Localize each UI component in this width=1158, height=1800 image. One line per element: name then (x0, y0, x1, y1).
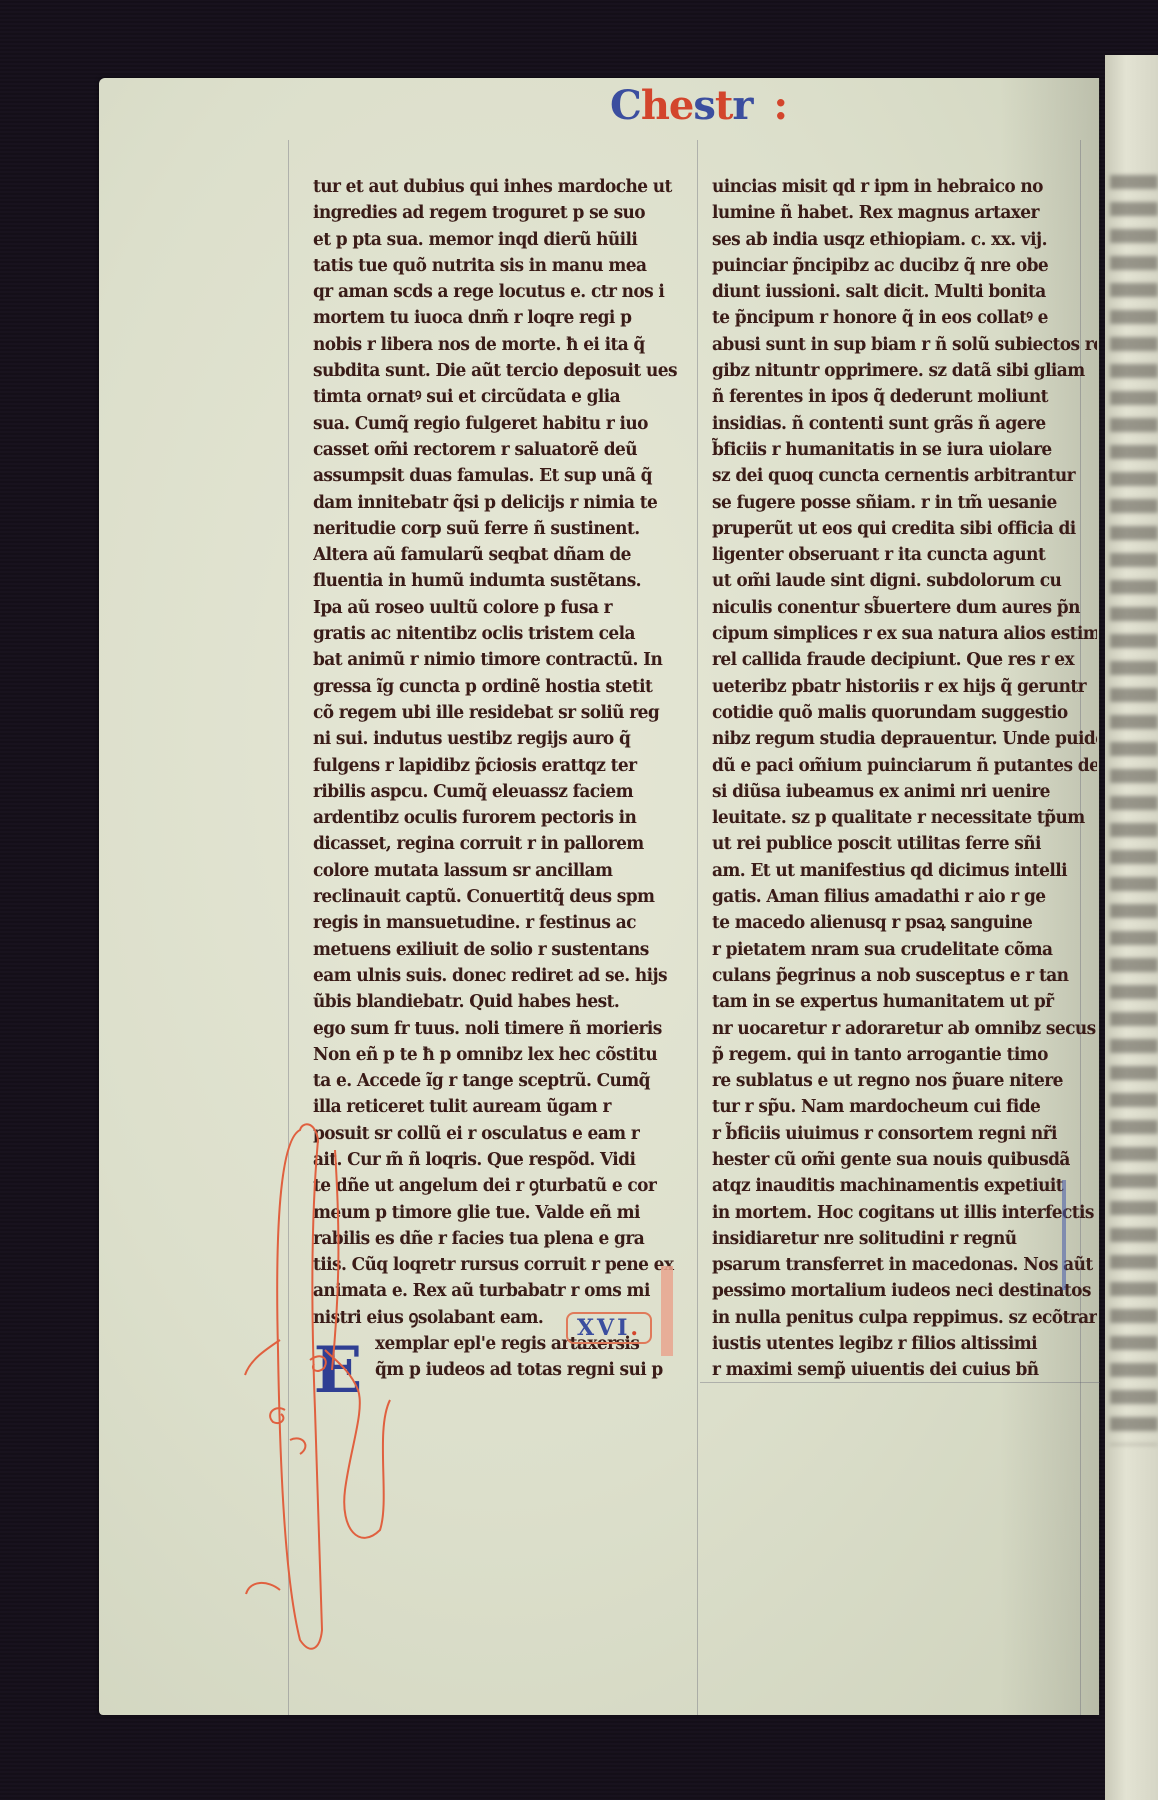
text-line: cipum simplices r ex sua natura alios es… (712, 620, 1097, 648)
text-line: re sublatus e ut regno nos p̃uare nitere (712, 1067, 1097, 1095)
text-line: neritudie corp suũ ferre ñ sustinent. (313, 515, 698, 543)
text-line: sua. Cumq̃ regio fulgeret habitu r iuo (313, 410, 698, 438)
text-line: regis in mansuetudine. r festinus ac (313, 910, 698, 938)
text-line: reclinauit captũ. Conuertitq̃ deus spm (313, 883, 698, 911)
red-penwork-flourish-icon (240, 1110, 440, 1670)
text-line: ueteribz pbatr historiis r ex hijs q̃ ge… (712, 673, 1097, 701)
text-line: diunt iussioni. salt dicit. Multi bonita (712, 279, 1097, 307)
text-line: et p pta sua. memor inqd dierũ hũili (313, 226, 698, 254)
text-line: qr aman scds a rege locutus e. ctr nos i (313, 279, 698, 307)
text-line: fulgens r lapidibz p̃ciosis erattqz ter (313, 752, 698, 780)
text-line: r maximi semp̃ uiuentis dei cuius bñ (712, 1357, 1097, 1385)
text-line: ut rei publice poscit utilitas ferre sñi (712, 831, 1097, 859)
text-line: fluentia in humũ indumta sustẽtans. (313, 568, 698, 596)
text-line: eam ulnis suis. donec rediret ad se. hij… (313, 962, 698, 990)
text-line: abusi sunt in sup biam r ñ solũ subiecto… (712, 331, 1097, 359)
text-line: in mortem. Hoc cogitans ut illis interfe… (712, 1199, 1097, 1227)
text-line: ego sum fr tuus. noli timere ñ morieris (313, 1015, 698, 1043)
text-line: hester cũ om̃i gente sua nouis quibusdã (712, 1146, 1097, 1174)
running-title-part: C (610, 82, 641, 129)
text-line: ribilis aspcu. Cumq̃ eleuassz faciem (313, 778, 698, 806)
text-line: se fugere posse sñiam. r in tm̃ uesanie (712, 489, 1097, 517)
text-line: tur r sp̃u. Nam mardocheum cui fide (712, 1094, 1097, 1122)
running-title-part: r (732, 82, 752, 129)
chapter-number-dot: . (630, 1315, 641, 1341)
text-line: insidias. ñ contenti sunt grãs ñ agere (712, 410, 1097, 438)
text-line: Ipa aũ roseo uultũ colore p fusa r (313, 594, 698, 622)
text-line: cotidie quõ malis quorundam suggestio (712, 699, 1097, 727)
text-line: timta ornatꝰ sui et circũdata e glia (313, 384, 698, 412)
text-line: nibz regum studia deprauentur. Unde puid… (712, 726, 1097, 754)
text-line: tatis tue quõ nutrita sis in manu mea (313, 252, 698, 280)
text-line: te macedo alienusq r psaꝝ sanguine (712, 910, 1097, 938)
running-title-part: t (715, 82, 732, 129)
text-line: gibz nituntr opprimere. sz datã sibi gli… (712, 357, 1097, 385)
running-title-colon: : (773, 82, 787, 129)
text-line: pessimo mortalium iudeos neci destinatos (712, 1278, 1097, 1306)
text-line: r b̃ficiis uiuimus r consortem regni nr̃… (712, 1120, 1097, 1148)
text-line: tur et aut dubius qui inhes mardoche ut (313, 173, 698, 201)
red-paragraph-bar (661, 1266, 673, 1356)
text-line: atqz inauditis machinamentis expetiuit (712, 1173, 1097, 1201)
text-line: rel callida fraude decipiunt. Que res r … (712, 647, 1097, 675)
text-line: sz dei quoq cuncta cernentis arbitrantur (712, 463, 1097, 491)
text-line: insidiaretur nre solitudini r regnũ (712, 1225, 1097, 1253)
text-line: gratis ac nitentibz oclis tristem cela (313, 620, 698, 648)
text-line: pruperũt ut eos qui credita sibi officia… (712, 515, 1097, 543)
text-line: Non eñ p te ħ p omnibz lex hec cõstitu (313, 1041, 698, 1069)
text-line: leuitate. sz p qualitate r necessitate t… (712, 804, 1097, 832)
text-line: culans p̃egrinus a nob susceptus e r tan (712, 962, 1097, 990)
text-line: ũbis blandiebatr. Quid habes hest. (313, 989, 698, 1017)
offset-blue-initial-trace (1062, 1180, 1076, 1290)
text-column-right: uincias misit qd r ipm in hebraico no lu… (712, 174, 1097, 1384)
text-line: colore mutata lassum sr ancillam (313, 857, 698, 885)
text-line: psarum transferret in macedonas. Nos aũt… (712, 1252, 1097, 1280)
text-line: ñ ferentes in ipos q̃ dederunt moliunt (712, 384, 1097, 412)
text-line: casset om̃i rectorem r saluatorẽ deũ (313, 436, 698, 464)
text-line: gatis. Aman filius amadathi r aio r ge (712, 883, 1097, 911)
text-line: nobis r libera nos de morte. ħ ei ita q̃ (313, 331, 698, 359)
text-line: ardentibz oculis furorem pectoris in (313, 804, 698, 832)
running-title-part: s (693, 82, 715, 129)
text-line: metuens exiliuit de solio r sustentans (313, 936, 698, 964)
text-line: ni sui. indutus uestibz regijs auro q̃ (313, 726, 698, 754)
text-line: tam in se expertus humanitatem ut pr̃ (712, 989, 1097, 1017)
text-line: te p̃ncipum r honore q̃ in eos collatꝰ e (712, 305, 1097, 333)
text-line: dũ e paci om̃ium puinciarum ñ putantes d… (712, 752, 1097, 780)
text-line: lumine ñ habet. Rex magnus artaxer (712, 200, 1097, 228)
running-title-part: he (641, 82, 694, 129)
text-line: b̃ficiis r humanitatis in se iura uiolar… (712, 436, 1097, 464)
text-line: ligenter obseruant r ita cuncta agunt (712, 541, 1097, 569)
text-line: ingredies ad regem troguret p se suo (313, 200, 698, 228)
text-line: r pietatem nram sua crudelitate cõma (712, 936, 1097, 964)
text-line: cõ regem ubi ille residebat sr soliũ reg (313, 699, 698, 727)
adjacent-page-text-blur (1110, 175, 1158, 1445)
text-line: ses ab india usqz ethiopiam. c. xx. vij. (712, 226, 1097, 254)
text-line: si diũsa iubeamus ex animi nri uenire (712, 778, 1097, 806)
text-line: iustis utentes legibz r filios altissimi (712, 1330, 1097, 1358)
text-line: dicasset, regina corruit r in pallorem (313, 831, 698, 859)
text-line: puinciar p̃ncipibz ac ducibz q̃ nre obe (712, 252, 1097, 280)
text-line: subdita sunt. Die aũt tercio deposuit ue… (313, 357, 698, 385)
text-line: am. Et ut manifestius qd dicimus intelli (712, 857, 1097, 885)
text-line: assumpsit duas famulas. Et sup unã q̃ (313, 463, 698, 491)
chapter-number-text: XVI (577, 1315, 630, 1341)
text-line: ut om̃i laude sint digni. subdolorum cu (712, 568, 1097, 596)
text-line: dam innitebatr q̃si p delicijs r nimia t… (313, 489, 698, 517)
text-line: niculis conentur sb̃uertere dum aures p̃… (712, 594, 1097, 622)
text-line: uincias misit qd r ipm in hebraico no (712, 173, 1097, 201)
text-line: nr uocaretur r adoraretur ab omnibz secu… (712, 1015, 1097, 1043)
text-line: bat animũ r nimio timore contractũ. In (313, 647, 698, 675)
chapter-number-xvi: XVI. (566, 1312, 652, 1344)
text-line: gressa ĩg cuncta p ordinẽ hostia stetit (313, 673, 698, 701)
text-line: in nulla penitus culpa reppimus. sz ecõt… (712, 1304, 1097, 1332)
text-line: mortem tu iuoca dnm̃ r loqre regi p (313, 305, 698, 333)
text-line: p̃ regem. qui in tanto arrogantie timo (712, 1041, 1097, 1069)
text-line: ta e. Accede ĩg r tange sceptrũ. Cumq̃ (313, 1067, 698, 1095)
running-title: Chestr : (610, 82, 787, 129)
text-line: Altera aũ famularũ seqbat dñam de (313, 541, 698, 569)
